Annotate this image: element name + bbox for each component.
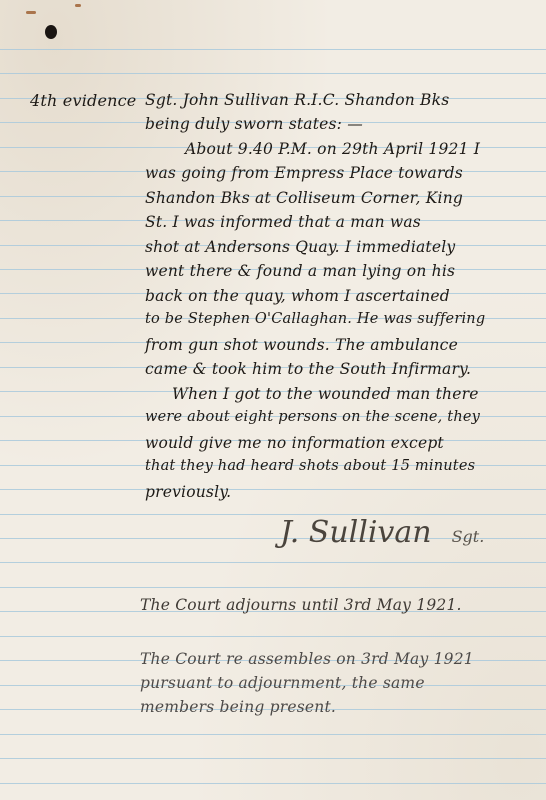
text-line: When I got to the wounded man there	[172, 385, 479, 403]
signature-name: J. Sullivan	[280, 515, 432, 550]
text-line: shot at Andersons Quay. I immediately	[145, 238, 455, 256]
rule-line	[0, 758, 546, 759]
text-line: The Court re assembles on 3rd May 1921	[140, 650, 474, 668]
text-line: About 9.40 P.M. on 29th April 1921 I	[185, 140, 480, 158]
rule-line	[0, 49, 546, 50]
ruled-paper-page: 4th evidence Sgt. John Sullivan R.I.C. S…	[0, 0, 546, 800]
text-line: from gun shot wounds. The ambulance	[145, 336, 458, 354]
rule-line	[0, 636, 546, 637]
rule-line	[0, 783, 546, 784]
signature-rank: Sgt.	[452, 527, 485, 546]
text-line: Shandon Bks at Colliseum Corner, King	[145, 189, 463, 207]
adjournment-line: The Court adjourns until 3rd May 1921.	[140, 596, 462, 614]
text-line: previously.	[145, 483, 231, 501]
rule-line	[0, 489, 546, 490]
rule-line	[0, 73, 546, 74]
text-line: was going from Empress Place towards	[145, 164, 463, 182]
rule-line	[0, 562, 546, 563]
rust-stain	[75, 4, 81, 7]
text-line: were about eight persons on the scene, t…	[145, 409, 480, 425]
signature: J. SullivanSgt.	[280, 515, 484, 550]
text-line: would give me no information except	[145, 434, 444, 452]
text-line: went there & found a man lying on his	[145, 262, 455, 280]
text-line: members being present.	[140, 698, 336, 716]
text-line: St. I was informed that a man was	[145, 213, 421, 231]
text-line: came & took him to the South Infirmary.	[145, 360, 471, 378]
rule-line	[0, 734, 546, 735]
margin-note: 4th evidence	[30, 91, 136, 110]
text-line: pursuant to adjournment, the same	[140, 674, 425, 692]
text-line: being duly sworn states: —	[145, 115, 363, 133]
punch-hole	[45, 25, 57, 39]
text-line: that they had heard shots about 15 minut…	[145, 458, 475, 474]
rule-line	[0, 587, 546, 588]
rust-stain	[26, 11, 36, 14]
text-line: Sgt. John Sullivan R.I.C. Shandon Bks	[145, 91, 449, 109]
text-line: back on the quay, whom I ascertained	[145, 287, 450, 305]
text-line: to be Stephen O'Callaghan. He was suffer…	[145, 311, 485, 327]
